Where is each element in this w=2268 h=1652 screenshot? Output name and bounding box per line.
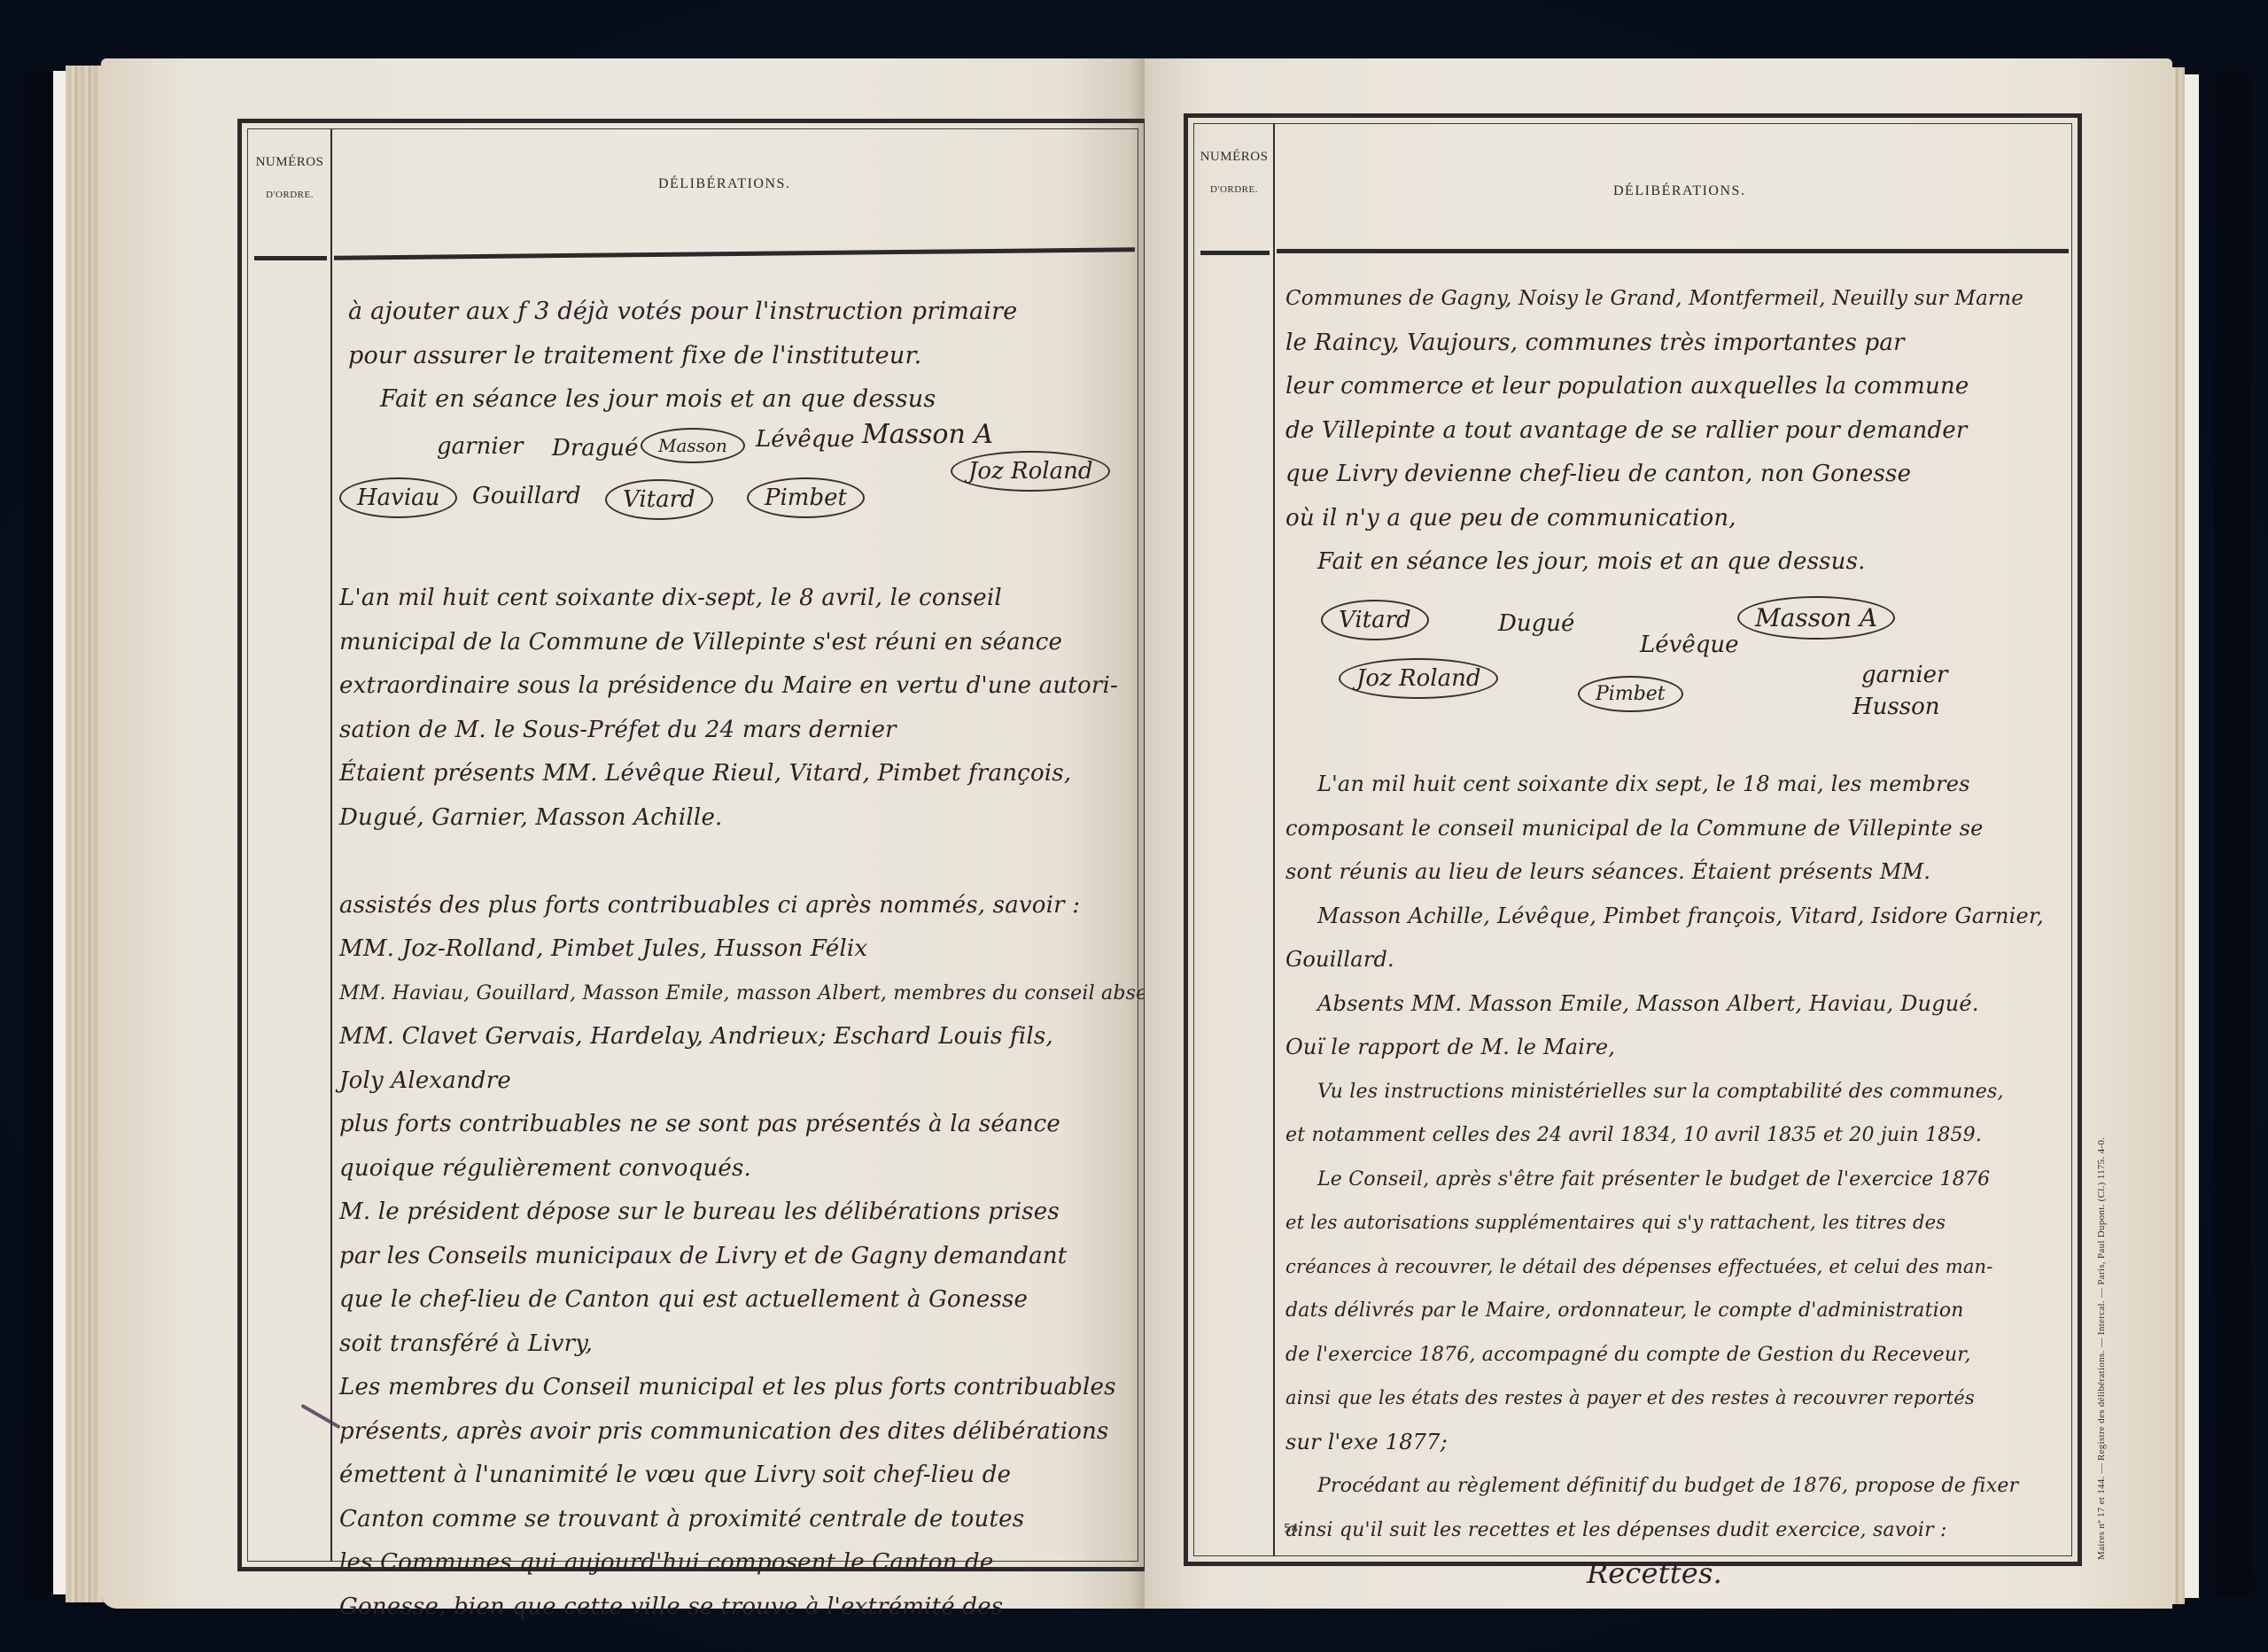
left-page: NUMÉROS D'ORDRE. DÉLIBÉRATIONS. à ajoute… bbox=[101, 58, 1145, 1609]
deliberations-header: DÉLIBÉRATIONS. bbox=[1613, 183, 1745, 199]
recettes-heading: Recettes. bbox=[1285, 1552, 2044, 1596]
column-divider bbox=[330, 128, 332, 1562]
header-rule bbox=[254, 256, 327, 260]
header-rule bbox=[1200, 251, 1270, 255]
open-register-book: NUMÉROS D'ORDRE. DÉLIBÉRATIONS. à ajoute… bbox=[25, 55, 2250, 1614]
left-table-frame: NUMÉROS D'ORDRE. DÉLIBÉRATIONS. à ajoute… bbox=[237, 119, 1148, 1571]
right-table-frame: NUMÉROS D'ORDRE. DÉLIBÉRATIONS. Communes… bbox=[1184, 113, 2082, 1566]
handwritten-text-top: Communes de Gagny, Noisy le Grand, Montf… bbox=[1285, 277, 2023, 585]
numeros-dordre-header: NUMÉROS D'ORDRE. bbox=[249, 155, 330, 200]
right-page: NUMÉROS D'ORDRE. DÉLIBÉRATIONS. Communes… bbox=[1145, 58, 2172, 1609]
handwritten-deliberation-body: L'an mil huit cent soixante dix sept, le… bbox=[1285, 763, 2044, 1596]
handwritten-text-top: à ajouter aux ƒ 3 déjà votés pour l'inst… bbox=[348, 290, 1017, 422]
header-rule bbox=[1277, 249, 2069, 253]
signature-block: Vitard Dugué Lévêque Masson A Joz Roland… bbox=[1321, 596, 2065, 738]
handwritten-deliberation-body: L'an mil huit cent soixante dix-sept, le… bbox=[339, 577, 1184, 1629]
signature-block: garnier Dragué Masson Lévêque Masson A H… bbox=[339, 424, 1137, 566]
column-divider bbox=[1273, 123, 1275, 1556]
numeros-dordre-header: NUMÉROS D'ORDRE. bbox=[1195, 150, 1273, 195]
printer-imprint: Maires nº 17 et 144. — Registre des déli… bbox=[2096, 1137, 2107, 1560]
deliberations-header: DÉLIBÉRATIONS. bbox=[658, 176, 790, 192]
page-number: 54 bbox=[1284, 1523, 1299, 1536]
book-cover-right bbox=[2215, 73, 2250, 1596]
